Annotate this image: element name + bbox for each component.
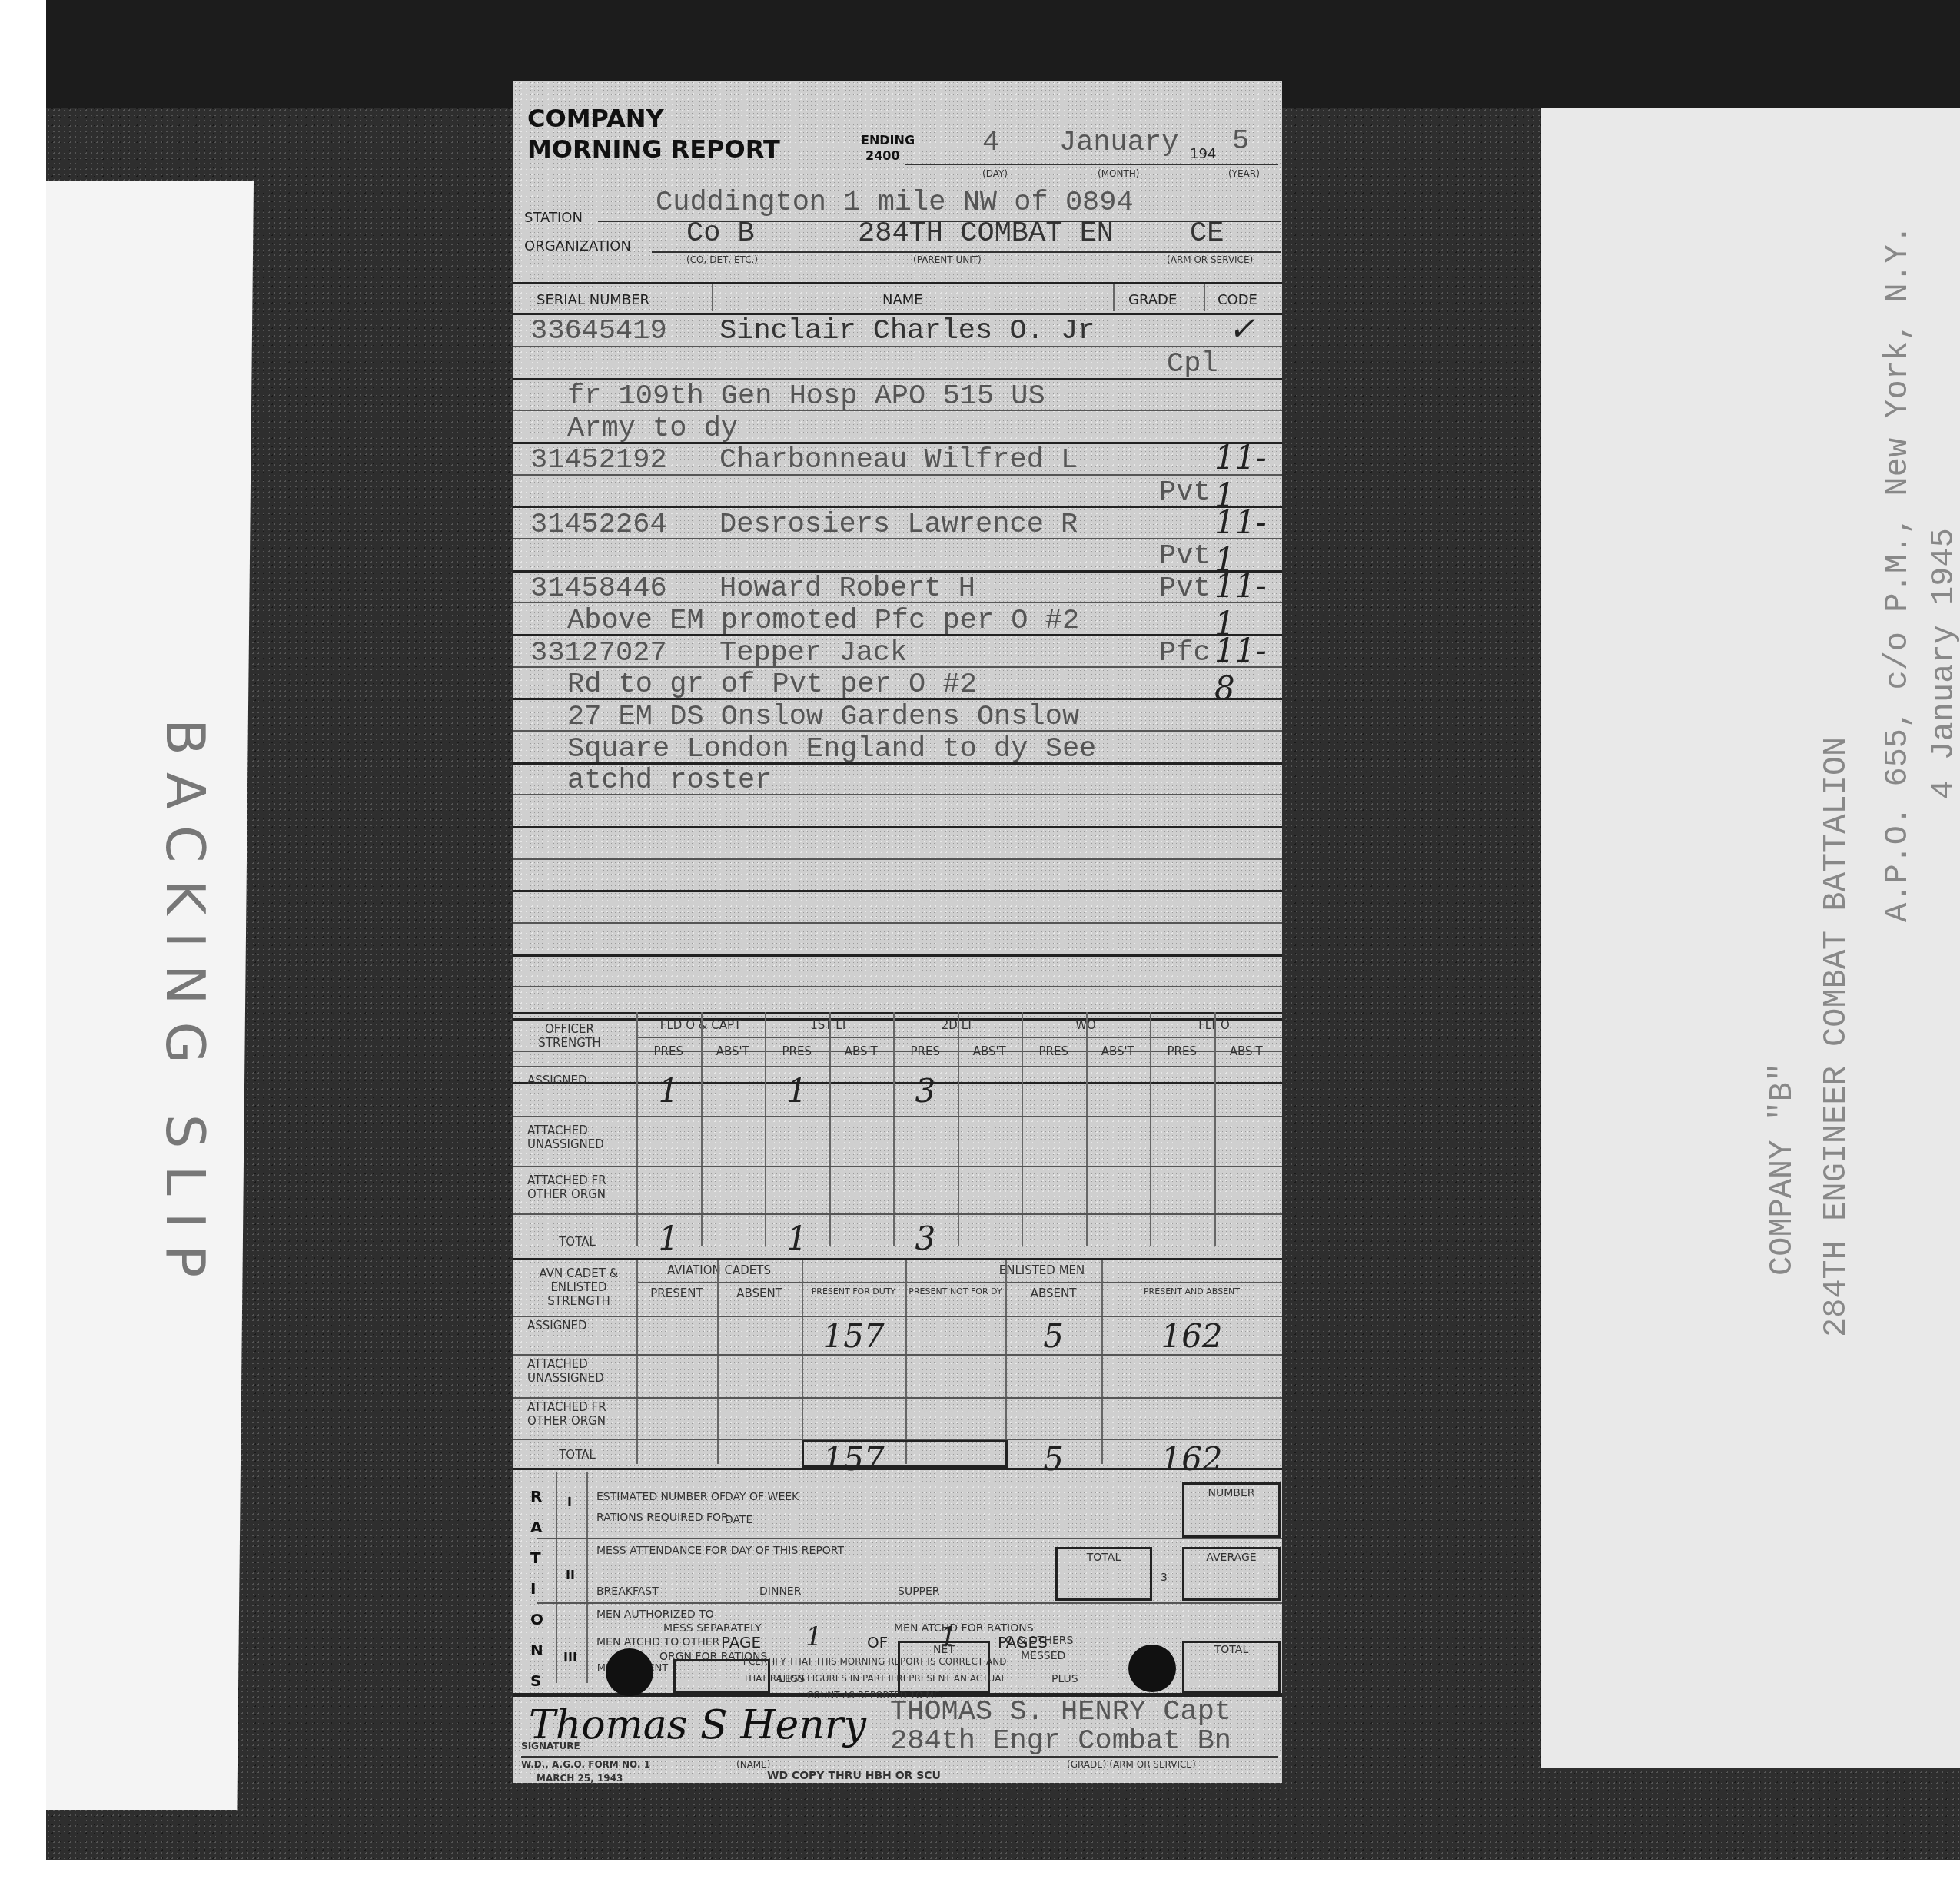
rule	[513, 1397, 1282, 1399]
part3-text: MEN ATCHD TO OTHER	[596, 1636, 719, 1648]
organization-underline	[652, 251, 1281, 253]
col-header-serial: SERIAL NUMBER	[537, 292, 649, 308]
col-header-grade: GRADE	[1128, 292, 1177, 308]
enlisted-subcol-header: ABSENT	[1005, 1286, 1101, 1300]
number-label: NUMBER	[1182, 1487, 1281, 1499]
entry-grade: Pvt	[1159, 476, 1211, 509]
organization-label: ORGANIZATION	[524, 238, 631, 254]
general-remark: 27 EM DS Onslow Gardens Onslow	[567, 701, 1079, 733]
col-divider	[905, 1260, 907, 1464]
officer-row-label: TOTAL	[527, 1235, 627, 1249]
backing-slip-label: BACKING SLIP	[154, 719, 217, 1294]
officer-subcol-header: ABS'T	[1086, 1044, 1151, 1058]
rule	[537, 1538, 1282, 1539]
enlisted-subcol-header: PRESENT NOT FOR DY	[905, 1286, 1005, 1296]
page-current: 1	[806, 1621, 822, 1652]
officer-row-label: ATTACHED UNASSIGNED	[527, 1124, 627, 1151]
dinner-label: DINNER	[759, 1585, 801, 1598]
date-underline	[905, 164, 1278, 165]
rule	[513, 1468, 1282, 1470]
signer-unit: 284th Engr Combat Bn	[890, 1725, 1231, 1758]
col-divider	[1150, 1012, 1151, 1246]
entry-remark: Army to dy	[567, 413, 738, 445]
entry-name: Tepper Jack	[719, 637, 907, 669]
entry-grade: Pvt	[1159, 573, 1211, 605]
col-divider	[958, 1012, 959, 1246]
date-year-prefix: 194	[1190, 146, 1216, 162]
date-caption-year: (YEAR)	[1228, 168, 1260, 179]
col-divider	[1214, 1012, 1216, 1246]
officer-subcol-header: PRES	[1150, 1044, 1214, 1058]
station-label: STATION	[524, 210, 583, 226]
entry-grade: Cpl	[1167, 348, 1218, 380]
page-label: PAGE	[721, 1633, 761, 1651]
morning-report-form: COMPANY MORNING REPORT ENDING 2400 4 Jan…	[513, 81, 1282, 1783]
form-title-line2: MORNING REPORT	[527, 134, 780, 164]
rations-side-letter: T	[530, 1548, 541, 1567]
enlisted-row-label: ATTACHED UNASSIGNED	[527, 1357, 627, 1385]
date-month: January	[1059, 127, 1178, 159]
total-label: TOTAL	[1055, 1552, 1152, 1564]
entry-serial: 33645419	[530, 315, 667, 347]
form-title-line1: COMPANY	[527, 104, 664, 133]
entry-name: Desrosiers Lawrence R	[719, 509, 1078, 541]
rations-side-letter: A	[530, 1518, 542, 1536]
rule	[513, 922, 1282, 924]
ending-time: 2400	[865, 148, 900, 163]
general-remark: Square London England to dy See	[567, 733, 1096, 765]
enlisted-cell: 162	[1101, 1317, 1282, 1355]
station-value: Cuddington 1 mile NW of 0894	[656, 187, 1134, 219]
date-day: 4	[982, 127, 999, 159]
col-divider	[717, 1260, 719, 1464]
col-header-name: NAME	[882, 292, 923, 308]
col-divider	[1005, 1260, 1007, 1464]
part-numeral: III	[563, 1650, 577, 1665]
enlisted-subcol-header: PRESENT AND ABSENT	[1101, 1286, 1282, 1296]
col-divider	[701, 1012, 703, 1246]
officer-cell: 3	[893, 1072, 958, 1110]
org-caption-service: (ARM OR SERVICE)	[1167, 254, 1253, 265]
col-divider	[1022, 1012, 1023, 1246]
rule	[513, 826, 1282, 828]
col-divider	[712, 284, 713, 311]
enlisted-row-label: ATTACHED FR OTHER ORGN	[527, 1400, 627, 1428]
entry-code: 11-8	[1214, 632, 1282, 707]
rule	[513, 986, 1282, 987]
enlisted-row-label: ASSIGNED	[527, 1319, 627, 1333]
page-margin-bottom	[0, 1860, 1960, 1892]
entry-remark: fr 109th Gen Hosp APO 515 US	[567, 380, 1045, 413]
officer-subcol-header: ABS'T	[958, 1044, 1022, 1058]
entry-serial: 31452192	[530, 444, 667, 476]
rule	[513, 1012, 1282, 1014]
signature-line	[521, 1756, 1278, 1758]
entry-grade: Pvt	[1159, 540, 1211, 573]
rule	[636, 1282, 1282, 1283]
signer-name: THOMAS S. HENRY Capt	[890, 1696, 1231, 1728]
enlisted-cell: 5	[1005, 1317, 1101, 1355]
rule	[513, 1213, 1282, 1215]
rations-side-letter: S	[530, 1671, 541, 1690]
date-caption-day: (DAY)	[982, 168, 1008, 179]
officer-subcol-header: ABS'T	[829, 1044, 894, 1058]
entry-remark: Above EM promoted Pfc per O #2	[567, 605, 1079, 637]
day-of-week-label: DAY OF WEEK	[725, 1491, 799, 1503]
backing-slip: BACKING SLIP	[46, 181, 254, 1810]
entry-name: Sinclair Charles O. Jr	[719, 315, 1095, 347]
rations-side-letter: R	[530, 1487, 542, 1505]
part-numeral: II	[566, 1568, 575, 1582]
entry-remark: Rd to gr of Pvt per O #2	[567, 669, 977, 701]
punch-hole	[1128, 1645, 1176, 1692]
officer-cell: 3	[893, 1220, 958, 1257]
part3-text: MEN AUTHORIZED TO	[596, 1608, 714, 1621]
officer-strength-label: OFFICER STRENGTH	[527, 1022, 612, 1050]
rule	[513, 1166, 1282, 1167]
enlisted-cell: 157	[802, 1317, 905, 1355]
organization-company: Co B	[686, 217, 755, 250]
officer-subcol-header: PRES	[636, 1044, 701, 1058]
total-present-box	[802, 1440, 1008, 1468]
pages-label: PAGES	[998, 1633, 1048, 1651]
officer-cell: 1	[765, 1072, 829, 1110]
officer-row-label: ATTACHED FR OTHER ORGN	[527, 1173, 627, 1201]
part1-text: RATIONS REQUIRED FOR	[596, 1512, 729, 1524]
org-caption-company: (CO, DET, ETC.)	[686, 254, 758, 265]
col-divider	[893, 1012, 895, 1246]
rule	[513, 890, 1282, 892]
officer-subcol-header: PRES	[1022, 1044, 1086, 1058]
officer-subcol-header: PRES	[893, 1044, 958, 1058]
enlisted-subcol-header: PRESENT	[636, 1286, 717, 1300]
enlisted-row-label: TOTAL	[527, 1448, 627, 1462]
average-label: AVERAGE	[1182, 1552, 1281, 1564]
part1-text: ESTIMATED NUMBER OF	[596, 1491, 726, 1503]
rule	[513, 282, 1282, 284]
rations-side-letter: I	[530, 1579, 536, 1598]
entry-grade: Pfc	[1159, 637, 1211, 669]
page-total: 1	[940, 1621, 957, 1652]
adjacent-doc-line: 284TH ENGINEER COMBAT BATTALION	[1818, 737, 1855, 1337]
certification-line: I CERTIFY THAT THIS MORNING REPORT IS CO…	[683, 1656, 1067, 1667]
form-id: W.D., A.G.O. FORM NO. 1	[521, 1759, 650, 1770]
entry-code: ✓	[1228, 310, 1255, 347]
officer-cell: 1	[636, 1072, 701, 1110]
breakfast-label: BREAKFAST	[596, 1585, 659, 1598]
date-label: DATE	[725, 1514, 752, 1526]
name-caption: (NAME)	[736, 1759, 770, 1770]
officer-subcol-header: ABS'T	[701, 1044, 766, 1058]
col-divider	[765, 1012, 766, 1246]
officer-subcol-header: PRES	[765, 1044, 829, 1058]
page-margin	[0, 0, 46, 1892]
entry-name: Howard Robert H	[719, 573, 975, 605]
adjacent-doc-line: 4 January 1945	[1925, 528, 1960, 799]
col-divider	[636, 1012, 638, 1246]
col-divider	[636, 1260, 638, 1464]
signature-label: SIGNATURE	[521, 1741, 580, 1751]
supper-label: SUPPER	[898, 1585, 940, 1598]
cadets-group-header: AVIATION CADETS	[636, 1263, 802, 1277]
rule	[537, 1602, 1282, 1604]
adjacent-doc-line: A.P.O. 655, c/o P.M., New York, N.Y.	[1879, 225, 1916, 922]
rule	[513, 1066, 1282, 1067]
col-divider	[802, 1260, 803, 1464]
col-header-code: CODE	[1218, 292, 1257, 308]
col-divider	[829, 1012, 831, 1246]
col-divider	[1101, 1260, 1103, 1464]
ending-label: ENDING	[861, 133, 915, 148]
col-divider	[586, 1472, 588, 1683]
certification-line: THAT RATION FIGURES IN PART II REPRESENT…	[683, 1673, 1067, 1684]
rations-side-letter: N	[530, 1641, 543, 1659]
copy-note: WD COPY THRU HBH OR SCU	[767, 1770, 941, 1782]
enlisted-subcol-header: PRESENT FOR DUTY	[802, 1286, 905, 1296]
entry-name: Charbonneau Wilfred L	[719, 444, 1078, 476]
punch-hole	[606, 1648, 653, 1696]
adjacent-document: COMPANY "B" 284TH ENGINEER COMBAT BATTAL…	[1541, 108, 1960, 1768]
col-divider	[1113, 284, 1115, 311]
page-of-label: OF	[867, 1633, 888, 1651]
col-divider	[556, 1472, 557, 1683]
officer-cell: 1	[765, 1220, 829, 1257]
form-date: MARCH 25, 1943	[537, 1773, 623, 1784]
divisor: 3	[1161, 1572, 1168, 1584]
officer-row-label: ASSIGNED	[527, 1074, 627, 1087]
col-divider	[1204, 284, 1205, 311]
part2-text: MESS ATTENDANCE FOR DAY OF THIS REPORT	[596, 1545, 844, 1557]
entry-serial: 31458446	[530, 573, 667, 605]
rule	[513, 858, 1282, 860]
rule	[513, 1116, 1282, 1117]
entry-serial: 31452264	[530, 509, 667, 541]
rations-side-letter: O	[530, 1610, 543, 1628]
rule	[513, 1354, 1282, 1356]
col-divider	[1086, 1012, 1088, 1246]
enlisted-strength-label: AVN CADET & ENLISTED STRENGTH	[521, 1266, 636, 1308]
rule	[513, 1258, 1282, 1260]
enlisted-cell: 162	[1101, 1440, 1282, 1478]
rule	[513, 954, 1282, 957]
rations-total-label: TOTAL	[1182, 1644, 1281, 1656]
date-caption-month: (MONTH)	[1098, 168, 1140, 179]
part-numeral: I	[567, 1495, 572, 1509]
officer-cell: 1	[636, 1220, 701, 1257]
grade-caption: (GRADE) (ARM OR SERVICE)	[1067, 1759, 1196, 1770]
date-year-suffix: 5	[1232, 125, 1249, 158]
org-caption-unit: (PARENT UNIT)	[913, 254, 982, 265]
enlisted-subcol-header: ABSENT	[717, 1286, 802, 1300]
enlisted-cell: 5	[1005, 1440, 1101, 1478]
entry-serial: 33127027	[530, 637, 667, 669]
rule	[636, 1037, 1282, 1038]
enlisted-group-header: ENLISTED MEN	[802, 1263, 1282, 1277]
adjacent-doc-line: COMPANY "B"	[1764, 1063, 1801, 1276]
organization-service: CE	[1190, 217, 1224, 250]
officer-subcol-header: ABS'T	[1214, 1044, 1279, 1058]
general-remark: atchd roster	[567, 765, 772, 797]
organization-unit: 284TH COMBAT EN	[858, 217, 1114, 250]
